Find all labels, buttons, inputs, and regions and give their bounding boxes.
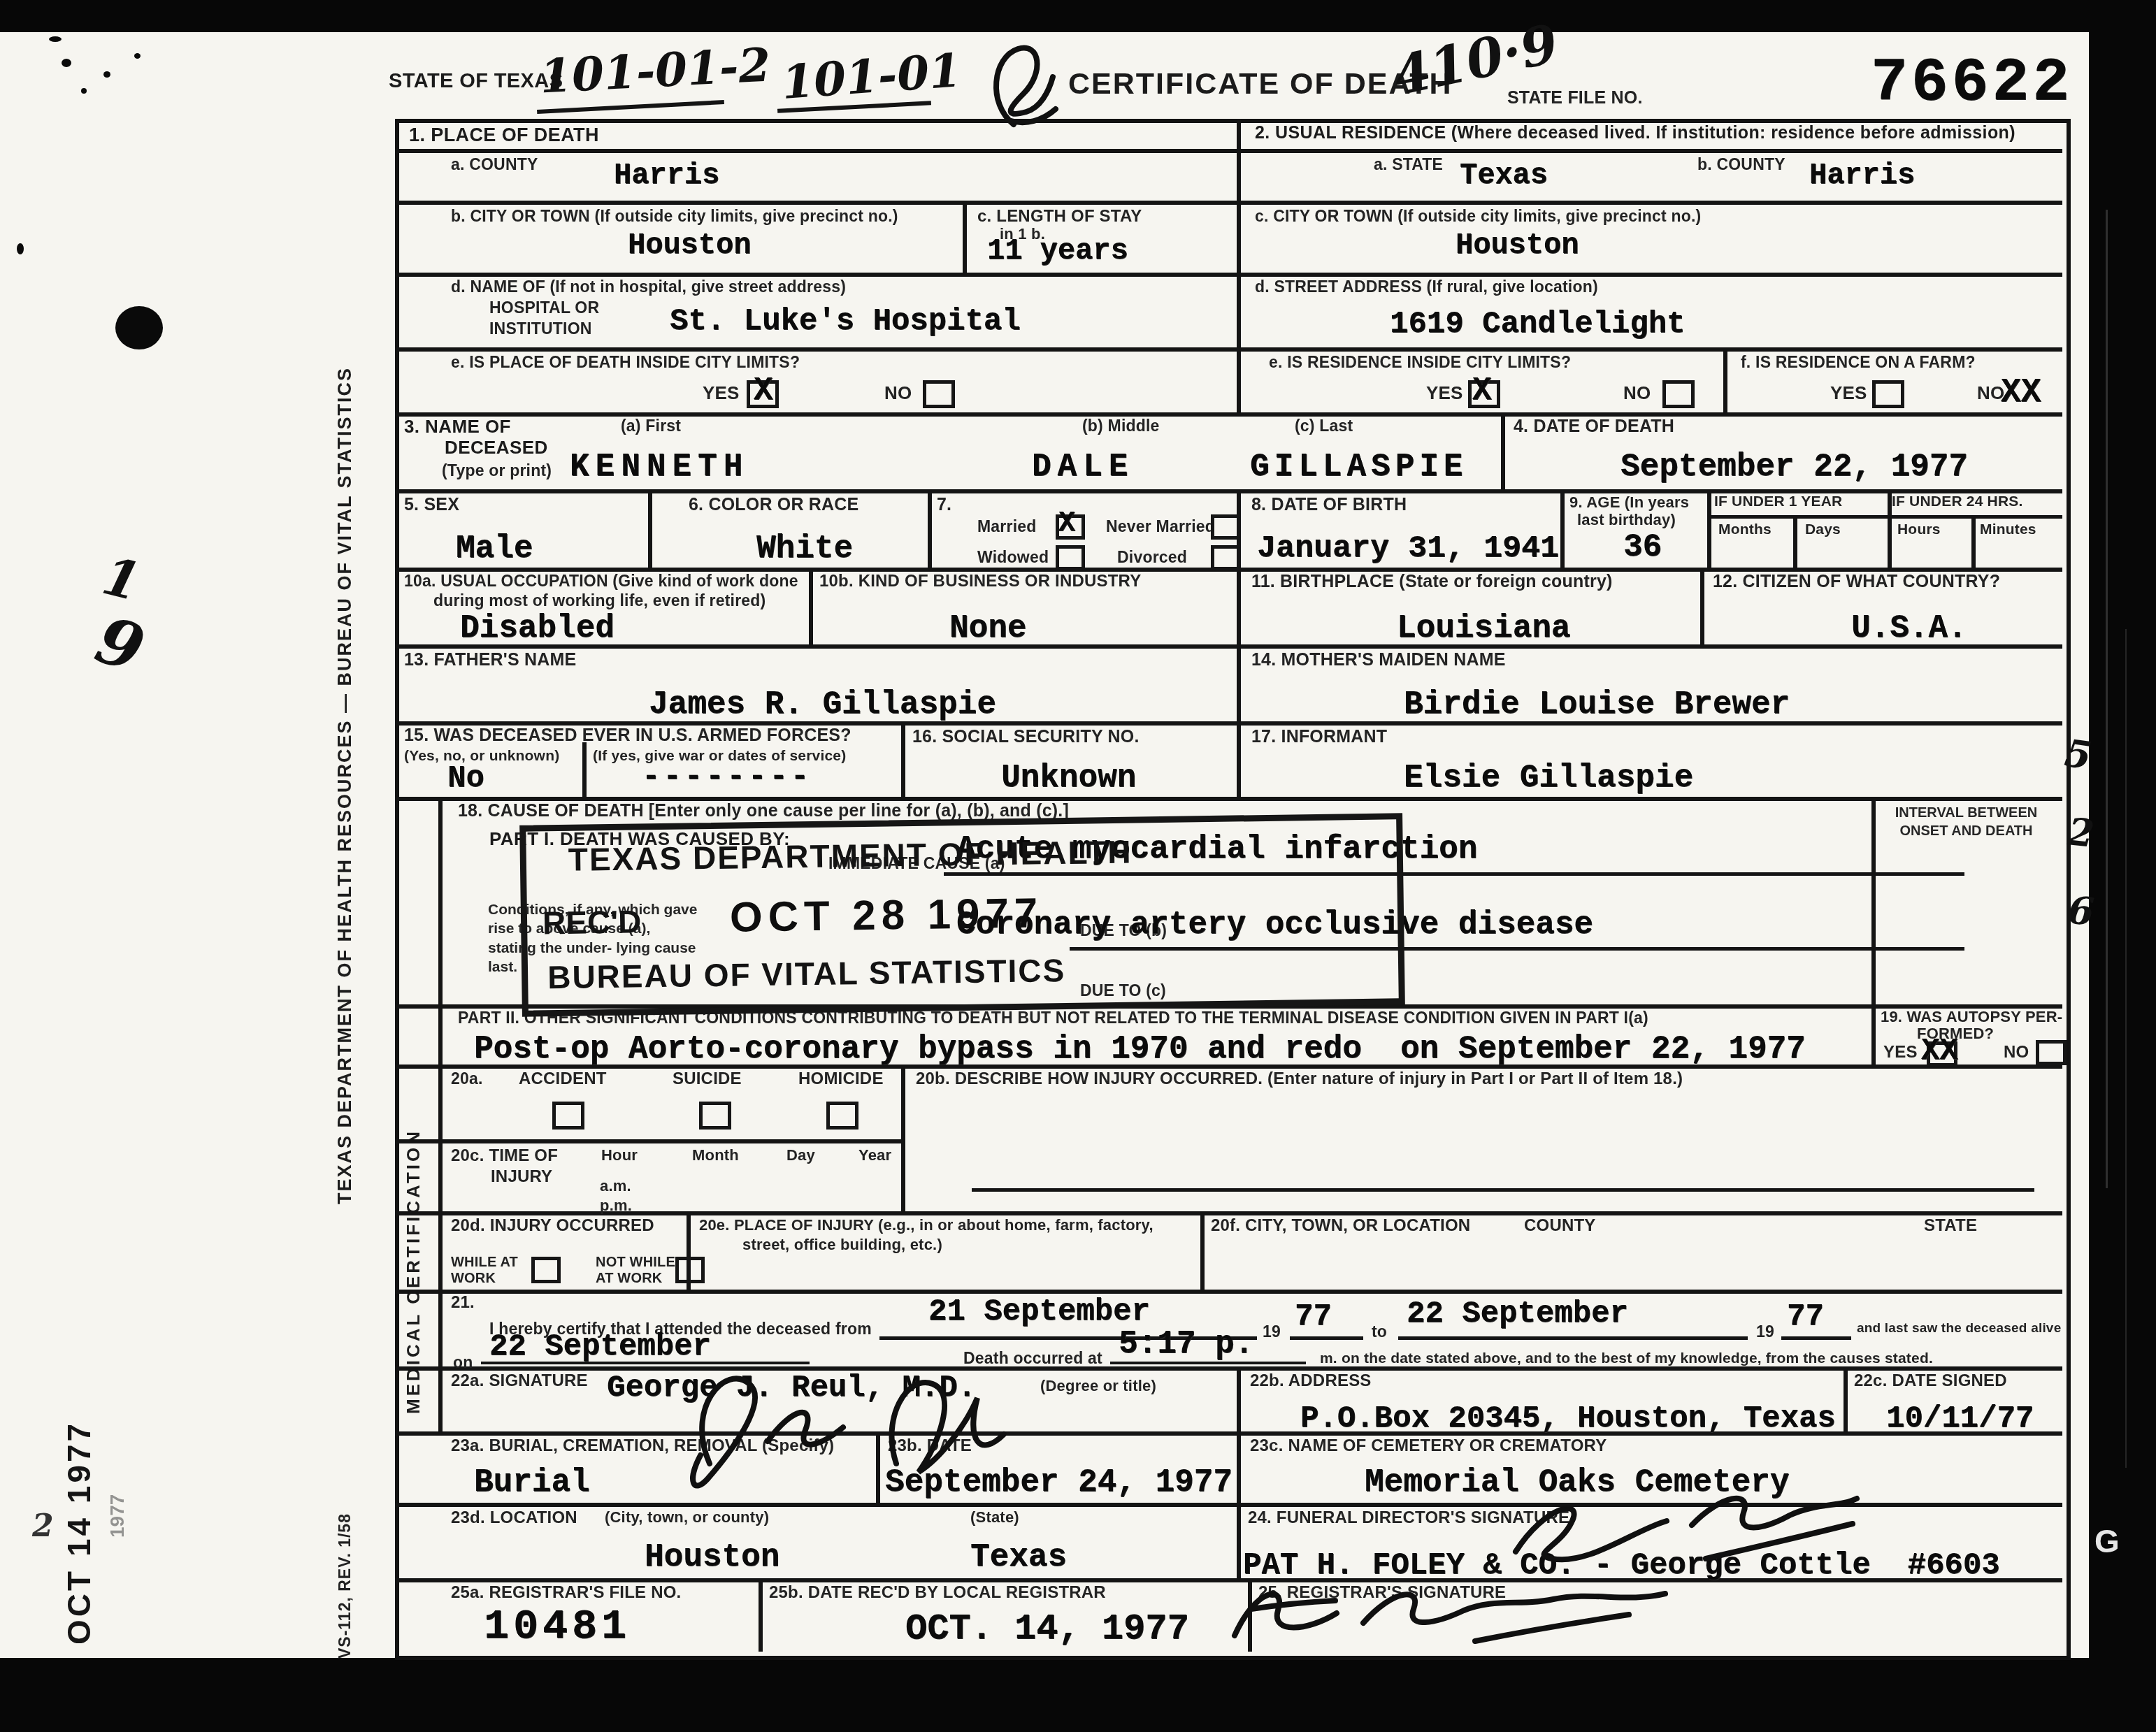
suicide-label: SUICIDE [673,1069,742,1089]
married-mark: X [1058,510,1075,538]
physician-address-label: 22b. ADDRESS [1250,1371,1372,1391]
death-city-value: Houston [628,231,751,260]
yes-label: YES [1426,383,1463,404]
handwritten-margin-mark: 2 [32,1511,54,1542]
divider [928,489,932,568]
divider [1237,1366,1241,1431]
hospital-name-label2: HOSPITAL OR [489,298,599,317]
homicide-checkbox [826,1102,858,1130]
burial-state-value: Texas [970,1541,1067,1573]
city-town-county-sublabel: (City, town, or county) [605,1508,769,1526]
stamp-line1: TEXAS DEPARTMENT OF HEALTH [568,833,1132,879]
age-label: 9. AGE (In years [1569,493,1689,511]
date-of-death-label: 4. DATE OF DEATH [1514,417,1674,437]
married-label: Married [977,517,1036,535]
yes-label: YES [703,383,740,404]
birthplace-value: Louisiana [1397,612,1570,644]
length-of-stay-value: 11 years [987,236,1128,266]
stamp-date: OCT 28 1977 [730,888,1044,941]
divider [1707,515,2062,519]
year-prefix: 19 [1756,1322,1774,1341]
speck [17,243,24,254]
state-of-texas-label: STATE OF TEXAS [389,70,563,93]
funeral-director-signature [1496,1482,1874,1580]
color-or-race-label: 6. COLOR OR RACE [689,495,859,515]
burial-location-label: 23d. LOCATION [451,1508,577,1528]
divider [648,489,652,568]
injury-state-label: STATE [1924,1216,1977,1236]
divider [1237,119,1241,412]
divider [395,1290,2062,1294]
never-married-label: Never Married [1106,517,1215,535]
date-signed-value: 10/11/77 [1886,1403,2034,1434]
form-number-vertical-label: VS-112, REV. 1/58 [336,1459,368,1659]
sex-label: 5. SEX [404,495,459,515]
stamp-line3: BUREAU OF VITAL STATISTICS [547,951,1066,996]
divider [1971,515,1976,568]
not-while-at-work-checkbox [675,1257,705,1283]
degree-or-title-label: (Degree or title) [1040,1377,1156,1394]
year-prefix: 19 [1263,1322,1281,1341]
injury-occurred-label: 20d. INJURY OCCURRED [451,1216,654,1236]
widowed-label: Widowed [977,548,1049,566]
scanned-death-certificate: TEXAS DEPARTMENT OF HEALTH RESOURCES — B… [0,0,2156,1732]
from-year: 77 [1295,1301,1332,1332]
ssn-label: 16. SOCIAL SECURITY NO. [912,727,1140,747]
speck [81,88,87,94]
stamp-recd: REC'D [542,902,642,941]
physician-signature-label: 22a. SIGNATURE [451,1371,588,1391]
cemetery-label: 23c. NAME OF CEMETERY OR CREMATORY [1250,1436,1607,1456]
divider [1871,797,1876,1065]
divider [395,1211,2062,1215]
blank-line [1110,1362,1306,1364]
injury-underline [972,1188,2034,1192]
speck [103,71,110,78]
street-address-label: d. STREET ADDRESS (If rural, give locati… [1255,277,1598,296]
length-of-stay-label: c. LENGTH OF STAY [977,207,1142,226]
divider [395,201,2062,205]
registrar-file-no-value: 10481 [484,1606,631,1648]
days-label: Days [1805,521,1841,538]
physician-address-value: P.O.Box 20345, Houston, Texas [1300,1403,1836,1434]
no-label: NO [2004,1043,2029,1062]
date-of-death-value: September 22, 1977 [1620,451,1968,483]
describe-injury-label: 20b. DESCRIBE HOW INJURY OCCURRED. (Ente… [916,1069,1683,1089]
death-limits-yes-mark: X [754,375,773,407]
yes-label: YES [1830,383,1867,404]
divorced-checkbox [1211,545,1240,570]
if-under-1-year-label: IF UNDER 1 YEAR [1714,493,1842,510]
marital-status-number: 7. [937,495,951,515]
divider [1237,1431,1241,1503]
divider [1560,489,1565,568]
not-while-at-work-label2: AT WORK [596,1271,662,1287]
divider [1237,644,1241,721]
farm-no-mark: XX [2001,376,2041,410]
month-label: Month [692,1146,739,1164]
residence-county-label: b. COUNTY [1697,155,1785,173]
am-label: a.m. [600,1177,631,1195]
state-sublabel: (State) [970,1508,1019,1526]
state-file-no-label: STATE FILE NO. [1507,88,1643,108]
usual-occupation-label2: during most of working life, even if ret… [433,591,766,609]
film-scratch [2106,210,2108,1188]
mothers-maiden-name-value: Birdie Louise Brewer [1404,688,1790,721]
middle-name-value: DALE [1032,451,1134,483]
hospital-value: St. Luke's Hospital [670,306,1021,337]
armed-forces-label: 15. WAS DECEASED EVER IN U.S. ARMED FORC… [404,726,851,746]
hour-label: Hour [601,1146,638,1164]
divider [395,149,2062,153]
informant-value: Elsie Gillaspie [1404,762,1693,794]
first-name-label: (a) First [621,417,681,435]
death-limits-no-checkbox [923,380,955,408]
time-of-injury-label: 20c. TIME OF [451,1146,558,1166]
autopsy-label: 19. WAS AUTOPSY PER- [1881,1008,2062,1025]
ink-blob [115,306,163,349]
cause-of-death-label: 18. CAUSE OF DEATH [Enter only one cause… [458,801,1069,821]
attended-from-date: 21 September [928,1297,1150,1327]
death-county-value: Harris [614,161,719,190]
divider [1723,347,1727,412]
accident-checkbox [552,1102,584,1130]
speck [62,59,71,67]
if-under-24-hrs-label: IF UNDER 24 HRS. [1892,493,2023,510]
faint-year-stamp: 1977 [106,1426,130,1538]
registrar-signature [1209,1574,1699,1658]
while-at-work-label: WHILE AT [451,1255,518,1271]
occupation-value: Disabled [460,612,615,644]
no-label: NO [1623,383,1651,404]
plate-letter: G [2094,1522,2120,1560]
divider [901,1065,905,1211]
yes-label: YES [1883,1043,1918,1062]
burial-value: Burial [474,1466,590,1499]
speck [134,53,141,59]
due-to-c-label: DUE TO (c) [1080,981,1166,999]
divider [1237,1503,1241,1578]
blank-line [1781,1336,1851,1340]
age-label2: last birthday) [1577,511,1676,528]
burial-city-value: Houston [645,1541,779,1573]
film-border-top [0,0,2156,32]
film-scratch [2125,629,2127,1468]
place-of-death-title: 1. PLACE OF DEATH [409,124,599,146]
accident-row-number: 20a. [451,1069,483,1088]
city-label: b. CITY OR TOWN (If outside city limits,… [451,207,898,225]
divider [901,721,905,797]
film-border-bottom [0,1658,2156,1732]
while-at-work-checkbox [531,1257,561,1283]
divider [809,568,813,644]
divider [1700,568,1704,644]
divider [395,273,2062,277]
pm-label: p.m. [600,1197,632,1214]
divider [1501,412,1505,489]
race-value: White [756,533,853,565]
widowed-checkbox [1056,545,1085,570]
name-of-deceased-label1: 3. NAME OF [404,417,511,438]
accident-label: ACCIDENT [519,1069,607,1089]
injury-city-label: 20f. CITY, TOWN, OR LOCATION [1211,1216,1470,1236]
handwritten-code: 101-01-2 [538,41,771,99]
county-label: a. COUNTY [451,155,538,173]
speck [49,36,62,42]
divider [395,644,2062,649]
usual-residence-title: 2. USUAL RESIDENCE (Where deceased lived… [1255,123,2015,143]
time-of-injury-label2: INJURY [491,1167,552,1187]
citizen-value: U.S.A. [1851,612,1967,644]
residence-city-label: c. CITY OR TOWN (If outside city limits,… [1255,207,1701,225]
date-signed-label: 22c. DATE SIGNED [1854,1371,2007,1391]
ssn-value: Unknown [1001,762,1136,794]
divider [759,1578,763,1652]
last-name-label: (c) Last [1295,417,1353,435]
certify-tail-text: m. on the date stated above, and to the … [1320,1350,1933,1367]
handwritten-interval-mark: 6 [2067,891,2095,930]
divider [1707,489,1711,568]
armed-forces-value: No [447,763,484,794]
divider [1200,1211,1205,1290]
divorced-label: Divorced [1117,548,1187,566]
residence-city-value: Houston [1456,231,1579,260]
place-of-injury-label2: street, office building, etc.) [742,1236,942,1253]
left-margin-agency-text: TEXAS DEPARTMENT OF HEALTH RESOURCES — B… [334,327,372,1204]
part-two-value: Post-op Aorto-coronary bypass in 1970 an… [474,1033,1806,1065]
first-name-value: KENNETH [570,451,749,483]
attended-to-date: 22 September [1407,1299,1628,1329]
not-while-at-work-label: NOT WHILE [596,1255,675,1271]
informant-label: 17. INFORMANT [1251,727,1387,747]
date-received-value: OCT. 14, 1977 [905,1611,1189,1647]
months-label: Months [1718,521,1771,538]
state-file-number: 76622 [1871,53,2073,115]
divider [1237,568,1241,644]
minutes-label: Minutes [1980,521,2036,538]
certification-number: 21. [451,1293,475,1313]
last-saw-text: and last saw the deceased alive [1857,1321,2061,1336]
divider [1237,721,1241,797]
to-word: to [1372,1322,1387,1341]
day-label: Day [786,1146,815,1164]
autopsy-no-checkbox [2036,1040,2067,1065]
fathers-name-value: James R. Gillaspie [649,688,996,721]
blank-line [1398,1336,1748,1340]
residence-limits-no-checkbox [1662,380,1695,408]
sex-value: Male [456,533,533,565]
residence-limits-yes-mark: X [1472,375,1492,407]
date-of-birth-value: January 31, 1941 [1257,533,1559,564]
registrar-file-no-label: 25a. REGISTRAR'S FILE NO. [451,1583,681,1603]
place-of-injury-label: 20e. PLACE OF INJURY (e.g., in or about … [699,1216,1154,1234]
divider [438,797,443,1431]
citizen-label: 12. CITIZEN OF WHAT COUNTRY? [1713,572,2000,592]
no-label: NO [884,383,912,404]
name-of-deceased-label2: DECEASED [445,438,548,459]
hours-label: Hours [1897,521,1941,538]
war-dates-value: -------- [642,762,812,793]
never-married-checkbox [1211,514,1240,540]
residence-farm-label: f. IS RESIDENCE ON A FARM? [1741,353,1976,371]
autopsy-yes-mark: XX [1921,1036,1958,1067]
middle-name-label: (b) Middle [1082,417,1160,435]
last-name-value: GILLASPIE [1250,451,1467,483]
age-value: 36 [1623,531,1662,563]
hospital-name-label: d. NAME OF (If not in hospital, give str… [451,277,846,296]
date-of-birth-label: 8. DATE OF BIRTH [1251,495,1407,515]
fathers-name-label: 13. FATHER'S NAME [404,650,576,670]
residence-state-label: a. STATE [1374,155,1443,173]
divider [395,1139,905,1143]
type-or-print-label: (Type or print) [442,461,552,479]
business-value: None [949,612,1026,644]
injury-county-label: COUNTY [1524,1216,1596,1236]
mothers-maiden-name-label: 14. MOTHER'S MAIDEN NAME [1251,650,1506,670]
residence-county-value: Harris [1809,161,1915,190]
to-year: 77 [1787,1301,1824,1332]
local-registrar-date-stamp: OCT 14 1977 [60,1410,110,1645]
divider [1844,1366,1848,1431]
date-received-label: 25b. DATE REC'D BY LOCAL REGISTRAR [769,1583,1106,1603]
divider [582,742,587,797]
death-city-limits-label: e. IS PLACE OF DEATH INSIDE CITY LIMITS? [451,353,800,371]
year-label: Year [858,1146,891,1164]
film-border-right [2089,0,2156,1732]
birthplace-label: 11. BIRTHPLACE (State or foreign country… [1251,572,1613,592]
residence-city-limits-label: e. IS RESIDENCE INSIDE CITY LIMITS? [1269,353,1571,371]
business-industry-label: 10b. KIND OF BUSINESS OR INDUSTRY [819,572,1141,591]
usual-occupation-label: 10a. USUAL OCCUPATION (Give kind of work… [404,572,798,590]
received-stamp-box: TEXAS DEPARTMENT OF HEALTH REC'D OCT 28 … [519,813,1405,1017]
farm-yes-checkbox [1872,380,1904,408]
on-word: on [453,1353,473,1371]
interval-label: INTERVAL BETWEEN ONSET AND DEATH [1888,804,2045,840]
homicide-label: HOMICIDE [798,1069,884,1089]
handwritten-code: 101-01 [780,47,963,106]
residence-state-value: Texas [1460,161,1548,190]
divider [963,201,967,273]
while-at-work-label2: WORK [451,1271,496,1287]
physician-signature [650,1359,1042,1485]
last-saw-date: 22 September [489,1332,711,1362]
divider [395,347,2062,352]
street-address-value: 1619 Candlelight [1390,309,1685,340]
blank-line [1290,1336,1363,1340]
divider [1793,515,1797,568]
time-of-death-value: 5:17 p. [1119,1328,1253,1360]
suicide-checkbox [699,1102,731,1130]
hospital-name-label3: INSTITUTION [489,319,592,338]
